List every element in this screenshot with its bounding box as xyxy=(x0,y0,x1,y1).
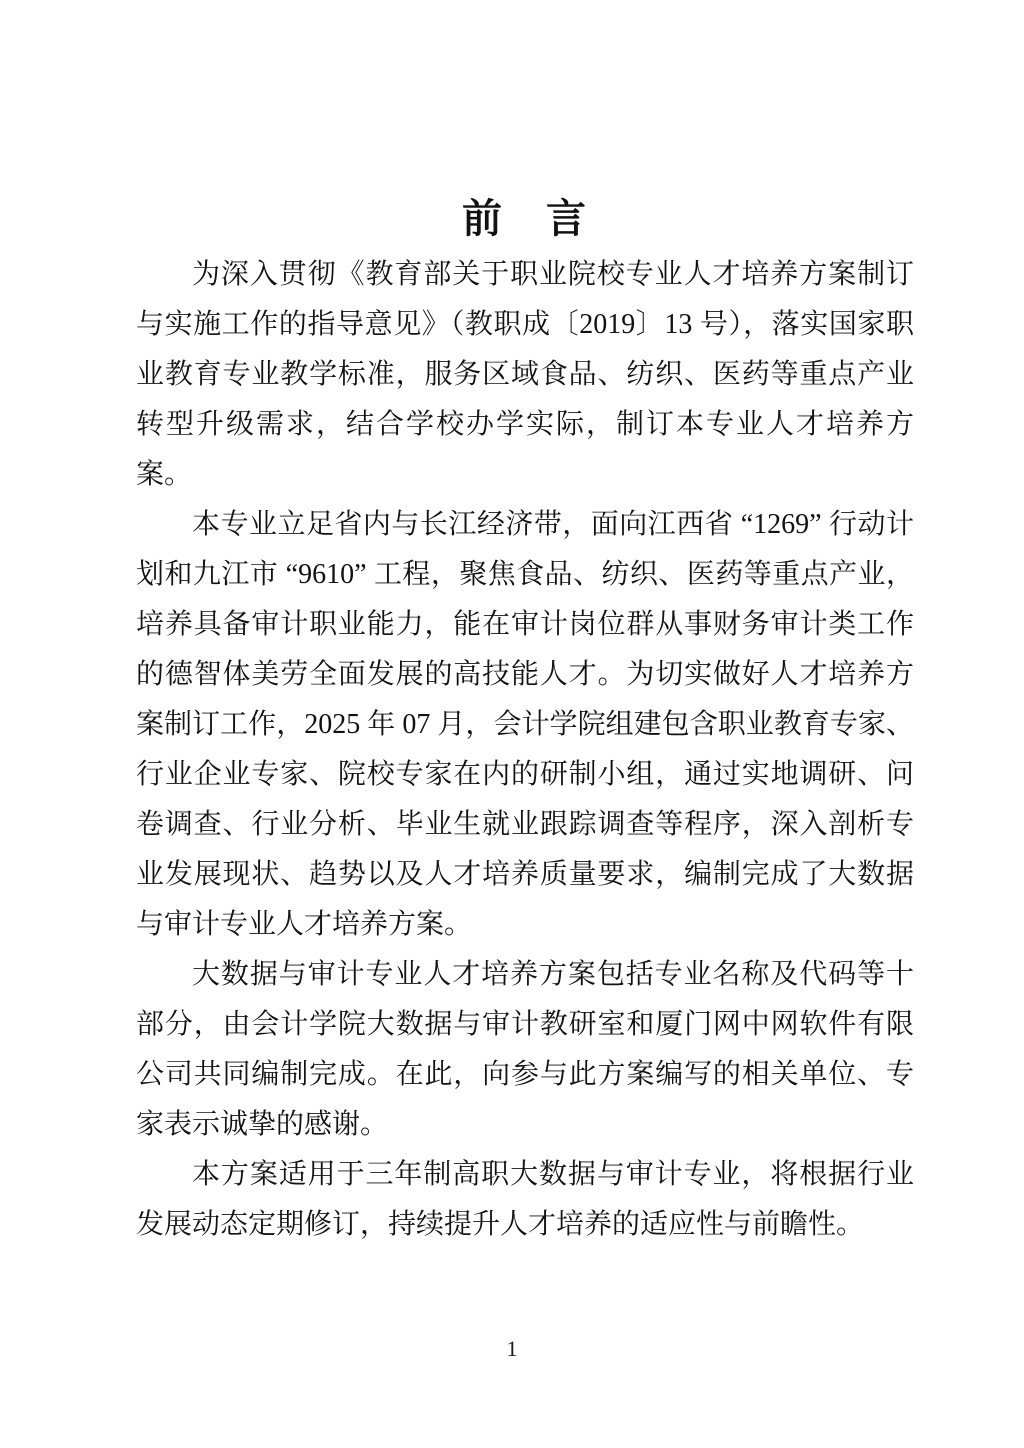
preface-section: 前 言 为深入贯彻《教育部关于职业院校专业人才培养方案制订与实施工作的指导意见》… xyxy=(136,192,914,1250)
paragraph: 为深入贯彻《教育部关于职业院校专业人才培养方案制订与实施工作的指导意见》（教职成… xyxy=(136,250,914,500)
preface-paragraphs: 为深入贯彻《教育部关于职业院校专业人才培养方案制订与实施工作的指导意见》（教职成… xyxy=(136,250,914,1250)
page-title: 前 言 xyxy=(136,192,914,246)
page-footer: 1 xyxy=(0,1336,1024,1362)
document-page: 前 言 为深入贯彻《教育部关于职业院校专业人才培养方案制订与实施工作的指导意见》… xyxy=(0,0,1024,1448)
page-number: 1 xyxy=(507,1336,518,1361)
paragraph: 本方案适用于三年制高职大数据与审计专业，将根据行业发展动态定期修订，持续提升人才… xyxy=(136,1150,914,1250)
paragraph: 大数据与审计专业人才培养方案包括专业名称及代码等十部分，由会计学院大数据与审计教… xyxy=(136,950,914,1150)
paragraph: 本专业立足省内与长江经济带，面向江西省 “1269” 行动计划和九江市 “961… xyxy=(136,500,914,950)
